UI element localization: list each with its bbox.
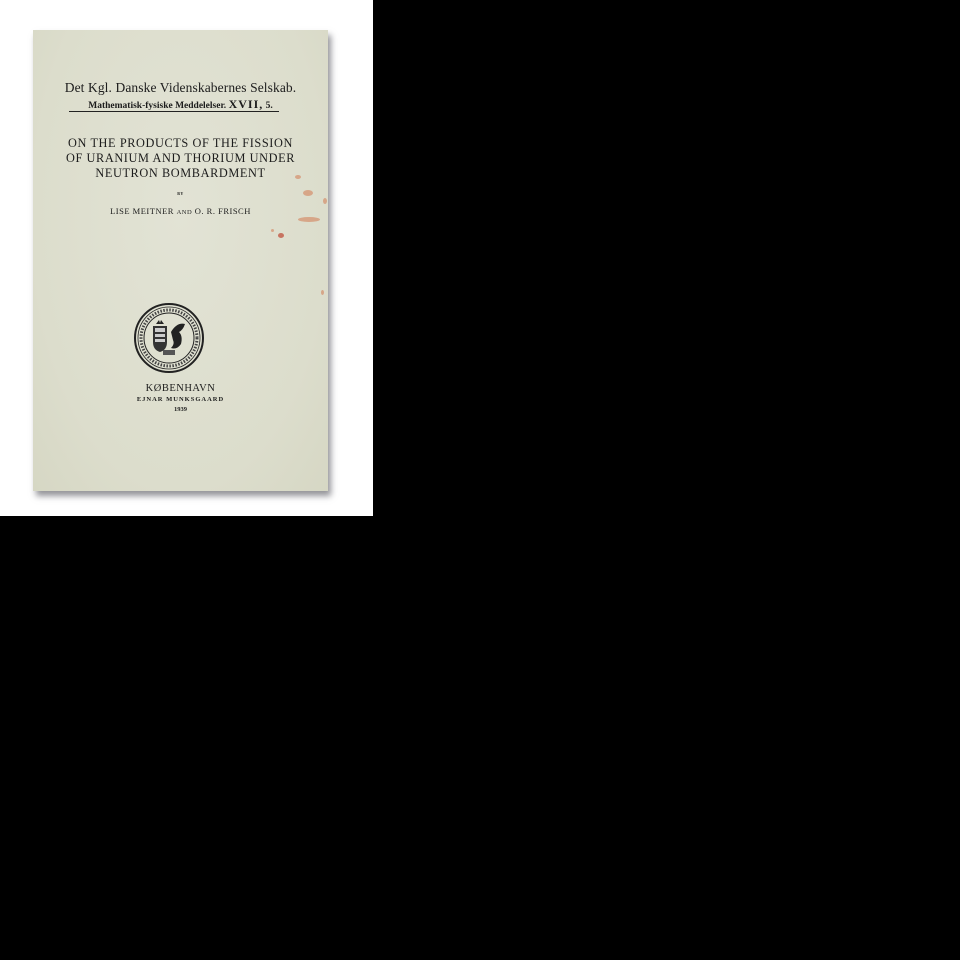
year: 1939 (33, 406, 328, 413)
foxing-stain (278, 233, 284, 238)
author-2: O. R. FRISCH (195, 206, 251, 216)
title-line: OF URANIUM AND THORIUM UNDER (33, 151, 328, 166)
by-label: BY (33, 191, 328, 196)
series-volume: XVII, (229, 97, 264, 111)
city: KØBENHAVN (33, 383, 328, 394)
series-number: 5. (266, 101, 273, 111)
foxing-stain (323, 198, 327, 204)
title-line: ON THE PRODUCTS OF THE FISSION (33, 136, 328, 151)
royal-society-seal-icon (133, 302, 205, 374)
document-page: Det Kgl. Danske Videnskabernes Selskab. … (33, 30, 328, 491)
author-and: AND (177, 209, 193, 216)
series-line: Mathematisk-fysiske Meddelelser. XVII, 5… (33, 97, 328, 112)
foxing-stain (295, 175, 301, 179)
publisher: EJNAR MUNKSGAARD (33, 396, 328, 403)
authors: LISE MEITNER AND O. R. FRISCH (33, 206, 328, 216)
foxing-stain (298, 217, 320, 222)
photo-background: Det Kgl. Danske Videnskabernes Selskab. … (0, 0, 373, 516)
foxing-stain (321, 290, 324, 295)
header-rule (69, 111, 279, 112)
foxing-stain (303, 190, 313, 196)
society-name: Det Kgl. Danske Videnskabernes Selskab. (33, 80, 328, 96)
title-line: NEUTRON BOMBARDMENT (33, 166, 328, 181)
document-title: ON THE PRODUCTS OF THE FISSION OF URANIU… (33, 136, 328, 181)
author-1: LISE MEITNER (110, 206, 174, 216)
series-prefix: Mathematisk-fysiske Meddelelser. (88, 101, 226, 111)
foxing-stain (271, 229, 274, 232)
